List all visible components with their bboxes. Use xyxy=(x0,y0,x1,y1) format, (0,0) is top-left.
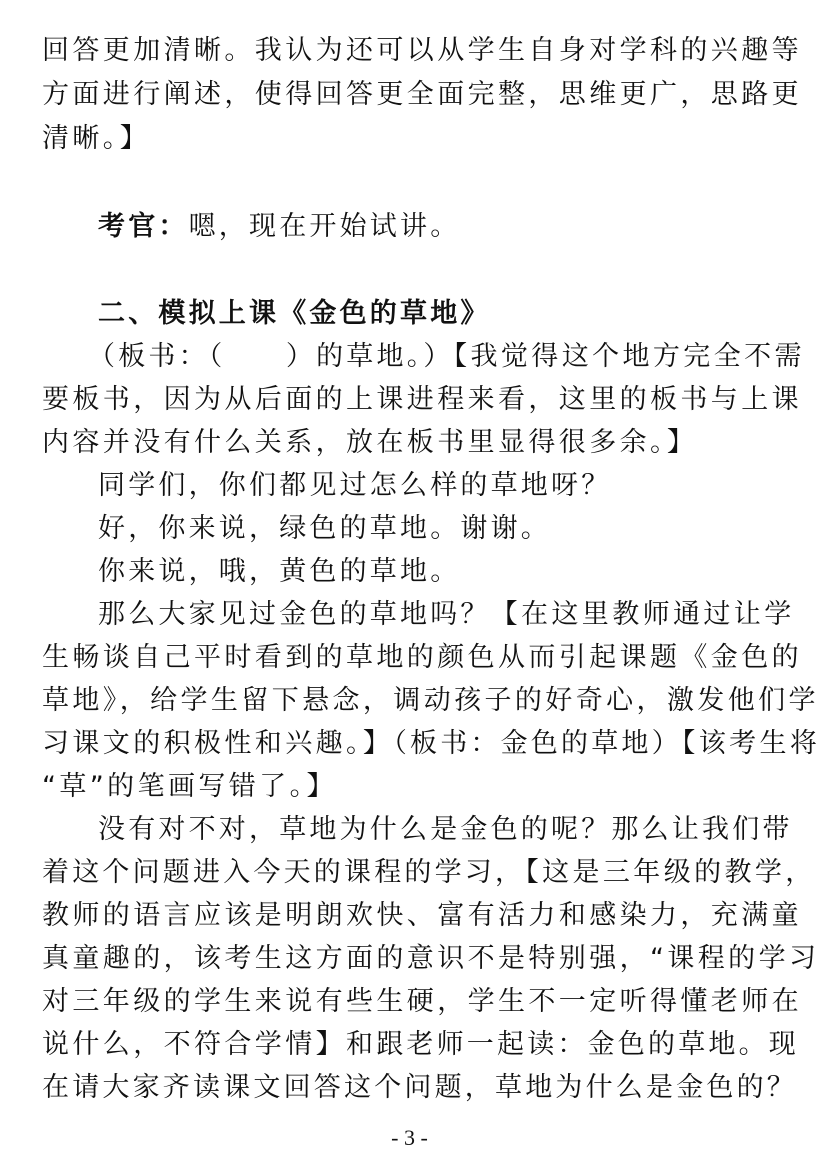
commentary-text: 习课文的积极性和兴趣。】 xyxy=(42,728,393,759)
examiner-label: 考官： xyxy=(98,211,189,242)
commentary-line: 对三年级的学生来说有些生硬，学生不一定听得懂老师在 xyxy=(42,987,802,1017)
lecture-line: 好，你来说，绿色的草地。谢谢。 xyxy=(98,514,551,544)
commentary-line: 草地》，给学生留下悬念，调动孩子的好奇心，激发他们学 xyxy=(42,686,819,716)
commentary-text: 生畅谈自己平时看到的草地的颜色从而引起课题《金色的 xyxy=(42,642,802,673)
lecture-text: 那么大家见过金色的草地吗？ xyxy=(98,599,491,630)
commentary-text: 清晰。】 xyxy=(42,123,150,154)
mixed-line: 说什么，不符合学情】和跟老师一起读：金色的草地。现 xyxy=(42,1030,799,1060)
commentary-text: 【在这里教师通过让学 xyxy=(491,599,795,630)
commentary-line: 清晰。】 xyxy=(42,124,150,154)
commentary-line: 方面进行阐述，使得回答更全面完整，思维更广，思路更 xyxy=(42,80,802,110)
examiner-speech: 嗯，现在开始试讲。 xyxy=(189,211,461,242)
mixed-line: 着这个问题进入今天的课程的学习，【这是三年级的教学， xyxy=(42,858,816,888)
lecture-text: 你来说，哦，黄色的草地。 xyxy=(98,556,460,587)
commentary-text: 真童趣的，该考生这方面的意识不是特别强，“课程的学习” xyxy=(42,943,819,974)
commentary-text: 说什么，不符合学情】 xyxy=(42,1029,346,1060)
section-heading-text: 二、模拟上课《金色的草地》 xyxy=(98,298,491,329)
lecture-line: 没有对不对，草地为什么是金色的呢？那么让我们带 xyxy=(98,815,793,845)
commentary-text: 草地》，给学生留下悬念，调动孩子的好奇心，激发他们学 xyxy=(42,685,819,716)
commentary-text: 【我觉得这个地方完全不需 xyxy=(454,341,805,372)
commentary-line: 真童趣的，该考生这方面的意识不是特别强，“课程的学习” xyxy=(42,944,819,974)
commentary-line: 回答更加清晰。我认为还可以从学生自身对学科的兴趣等 xyxy=(42,36,802,66)
commentary-text: 【该考生将 xyxy=(682,728,819,759)
blackboard-note: （板书：金色的草地） xyxy=(393,728,682,759)
lecture-text: 没有对不对，草地为什么是金色的呢？那么让我们带 xyxy=(98,814,793,845)
commentary-line: 教师的语言应该是明朗欢快、富有活力和感染力，充满童 xyxy=(42,901,802,931)
commentary-line: 要板书，因为从后面的上课进程来看，这里的板书与上课 xyxy=(42,385,802,415)
commentary-text: 方面进行阐述，使得回答更全面完整，思维更广，思路更 xyxy=(42,79,802,110)
lecture-text: 同学们，你们都见过怎么样的草地呀？ xyxy=(98,470,611,501)
commentary-text: 对三年级的学生来说有些生硬，学生不一定听得懂老师在 xyxy=(42,986,802,1017)
commentary-text: “草”的笔画写错了。】 xyxy=(42,771,337,802)
commentary-line: “草”的笔画写错了。】 xyxy=(42,772,337,802)
lecture-text: 着这个问题进入今天的课程的学习， xyxy=(42,857,525,888)
commentary-text: 教师的语言应该是明朗欢快、富有活力和感染力，充满童 xyxy=(42,900,802,931)
lecture-text: 好，你来说，绿色的草地。谢谢。 xyxy=(98,513,551,544)
mixed-line: 习课文的积极性和兴趣。】（板书：金色的草地）【该考生将 xyxy=(42,729,819,759)
commentary-line: 生畅谈自己平时看到的草地的颜色从而引起课题《金色的 xyxy=(42,643,802,673)
lecture-text: 和跟老师一起读：金色的草地。现 xyxy=(346,1029,799,1060)
commentary-text: 回答更加清晰。我认为还可以从学生自身对学科的兴趣等 xyxy=(42,35,802,66)
page-number: - 3 - xyxy=(0,1125,819,1151)
lecture-text: 在请大家齐读课文回答这个问题，草地为什么是金色的？ xyxy=(42,1072,797,1103)
commentary-line: 内容并没有什么关系，放在板书里显得很多余。】 xyxy=(42,428,697,458)
section-heading: 二、模拟上课《金色的草地》 xyxy=(98,299,491,329)
blackboard-line: （板书：（ ）的草地。）【我觉得这个地方完全不需 xyxy=(88,342,805,372)
document-page: 回答更加清晰。我认为还可以从学生自身对学科的兴趣等 方面进行阐述，使得回答更全面… xyxy=(0,0,819,1158)
examiner-line: 考官：嗯，现在开始试讲。 xyxy=(98,212,460,242)
blackboard-note: （板书：（ ）的草地。） xyxy=(88,341,454,372)
lecture-line: 在请大家齐读课文回答这个问题，草地为什么是金色的？ xyxy=(42,1073,797,1103)
lecture-line: 你来说，哦，黄色的草地。 xyxy=(98,557,460,587)
lecture-line: 那么大家见过金色的草地吗？【在这里教师通过让学 xyxy=(98,600,795,630)
lecture-line: 同学们，你们都见过怎么样的草地呀？ xyxy=(98,471,611,501)
commentary-text: 要板书，因为从后面的上课进程来看，这里的板书与上课 xyxy=(42,384,802,415)
commentary-text: 内容并没有什么关系，放在板书里显得很多余。】 xyxy=(42,427,697,458)
commentary-text: 【这是三年级的教学， xyxy=(525,857,816,888)
